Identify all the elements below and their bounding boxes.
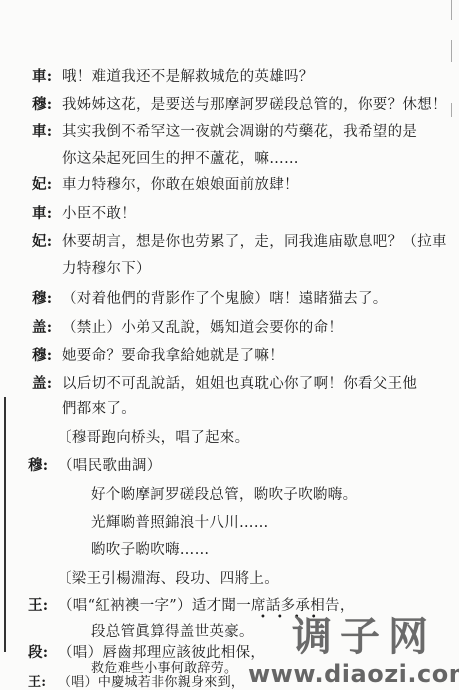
line-text: 休要胡言，想是你也劳累了，走，同我進庙歇息吧？（拉車 [62, 234, 447, 250]
speaker: 車: [32, 205, 62, 223]
song-lyric: 喲吹子喲吹嗨…… [91, 541, 209, 559]
page-edge-line [4, 397, 6, 652]
song-lyric: 段总管眞算得盖世英豪。 [91, 623, 254, 641]
line-text: 她要命？要命我拿給她就是了嘛！ [62, 348, 284, 364]
line-text: 哦！难道我还不是解救城危的英雄吗？ [62, 69, 314, 85]
dialogue-line: 車:哦！难道我还不是解救城危的英雄吗？ [32, 68, 314, 86]
line-text: 我姊姊这花，是要送与那摩訶罗磋段总管的，你要？休想！ [62, 97, 447, 113]
dialogue-continuation: 你这朵起死回生的押不蘆花，嘛…… [62, 150, 299, 168]
speaker: 車: [32, 123, 62, 141]
watermark-url: www.diaozi.com [248, 660, 459, 688]
dialogue-continuation: 們都來了。 [62, 400, 136, 418]
dialogue-line: 妃:休要胡言，想是你也劳累了，走，同我進庙歇息吧？（拉車 [32, 233, 447, 251]
dialogue-line: 車:其实我倒不希罕这一夜就会凋谢的芍藥花，我希望的是 [32, 123, 417, 141]
stage-direction: 〔穆哥跑向桥头，唱了起來。 [57, 429, 249, 447]
stage-direction: 〔梁王引楊淵海、段功、四將上。 [57, 570, 279, 588]
speaker: 穆: [32, 347, 62, 365]
right-margin-mark [451, 40, 452, 62]
song-lyric: 光輝喲普照錦浪十八川…… [91, 514, 269, 532]
line-text: （对着他們的背影作了个鬼臉）嗐！遠睹猫去了。 [62, 291, 388, 307]
dialogue-line: 盖:（禁止）小弟又乱說，媽知道会要你的命！ [32, 319, 343, 337]
dialogue-line: 盖:以后切不可乱說話，姐姐也真耽心你了啊！你看父王他 [32, 375, 417, 393]
dialogue-line: 穆:我姊姊这花，是要送与那摩訶罗磋段总管的，你要？休想！ [32, 96, 447, 114]
dialogue-line: 穆:（对着他們的背影作了个鬼臉）嗐！遠睹猫去了。 [32, 290, 388, 308]
dialogue-continuation: 力特穆尔下） [62, 260, 151, 278]
song-lyric: 好个喲摩訶罗磋段总管，喲吹子吹喲嗨。 [91, 486, 357, 504]
dialogue-line: 車:小臣不敢！ [32, 205, 136, 223]
speaker: 妃: [32, 176, 62, 194]
speaker: 段: [28, 644, 58, 662]
line-text: （唱）中慶城若非你親身來到， [58, 675, 244, 690]
watermark-logo: 调子网 [292, 617, 436, 657]
speaker: 穆: [32, 96, 62, 114]
speaker: 王: [28, 597, 58, 615]
speaker: 車: [32, 68, 62, 86]
line-text: （唱民歌曲調） [58, 458, 162, 474]
line-text: 其实我倒不希罕这一夜就会凋谢的芍藥花，我希望的是 [62, 124, 417, 140]
line-text: 以后切不可乱說話，姐姐也真耽心你了啊！你看父王他 [62, 376, 417, 392]
speaker: 王: [28, 674, 58, 690]
line-text: （禁止）小弟又乱說，媽知道会要你的命！ [62, 320, 343, 336]
speaker: 妃: [32, 233, 62, 251]
dialogue-line: 王:（唱）中慶城若非你親身來到， [28, 674, 244, 690]
speaker: 穆: [32, 290, 62, 308]
right-margin-mark [451, 0, 452, 20]
line-text: 車力特穆尔，你敢在娘娘面前放肆！ [62, 177, 299, 193]
speaker: 盖: [32, 319, 62, 337]
line-text: （唱）唇齒邦理应該彼此相保， [58, 645, 265, 661]
speaker: 穆: [28, 457, 58, 475]
dialogue-line: 穆:她要命？要命我拿給她就是了嘛！ [32, 347, 284, 365]
line-text: 小臣不敢！ [62, 206, 136, 222]
dialogue-line: 妃:車力特穆尔，你敢在娘娘面前放肆！ [32, 176, 299, 194]
dialogue-line: 穆:（唱民歌曲調） [28, 457, 162, 475]
right-margin-mark [451, 103, 452, 117]
speaker: 盖: [32, 375, 62, 393]
